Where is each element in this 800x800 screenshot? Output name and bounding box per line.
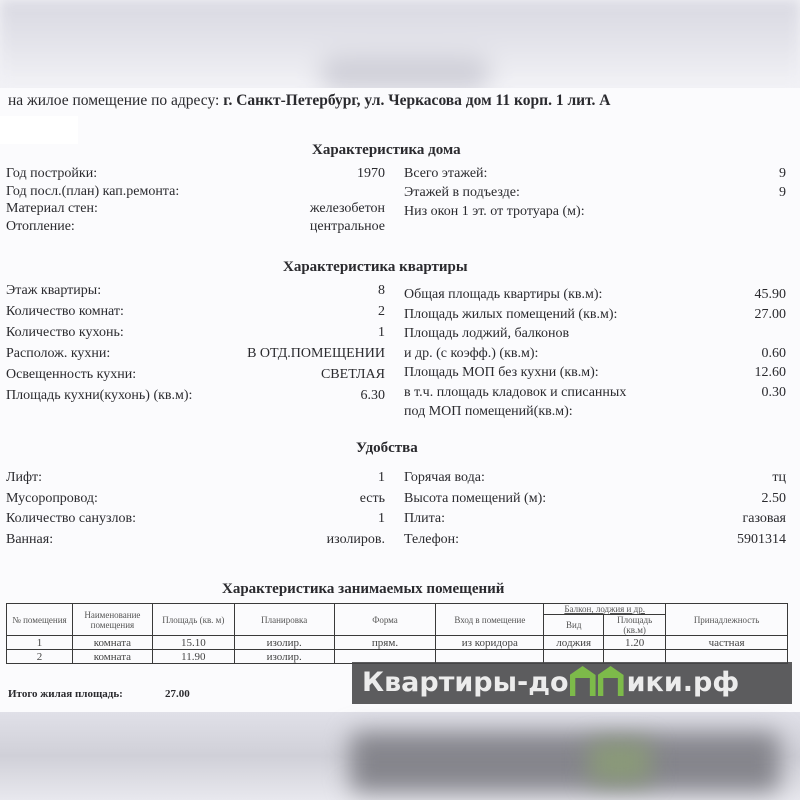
field-value: железобетон — [310, 201, 385, 217]
header-entrance: Вход в помещение — [436, 604, 544, 636]
header-num: № помещения — [7, 604, 73, 636]
field-label: Мусоропровод: — [6, 491, 98, 507]
field-value: 9 — [779, 166, 786, 182]
field-label: Высота помещений (м): — [404, 491, 546, 507]
field-label: Год постройки: — [6, 166, 97, 182]
field-value: 1 — [378, 511, 385, 527]
header-layout: Планировка — [234, 604, 334, 636]
field-label: Площадь кухни(кухонь) (кв.м): — [6, 388, 192, 404]
field-label: Всего этажей: — [404, 166, 487, 182]
cell-entrance: из коридора — [436, 636, 544, 650]
header-balcony-type: Вид — [544, 615, 604, 636]
section-title-house: Характеристика дома — [312, 142, 461, 159]
watermark-text-start: Квартиры-до — [362, 667, 569, 698]
header-area: Площадь (кв. м) — [152, 604, 234, 636]
field-label: Площадь жилых помещений (кв.м): — [404, 307, 617, 323]
field-value: 1970 — [357, 166, 385, 182]
field-value: 0.60 — [762, 346, 787, 362]
field-label: Отопление: — [6, 219, 75, 235]
field-value: 45.90 — [755, 287, 787, 303]
cell-num: 1 — [7, 636, 73, 650]
field-value: 5901314 — [737, 532, 786, 548]
field-label: Год посл.(план) кап.ремонта: — [6, 184, 179, 200]
cell-shape: прям. — [334, 636, 436, 650]
watermark-text-end: ики.рф — [627, 667, 740, 698]
header-shape: Форма — [334, 604, 436, 636]
field-label: Площадь МОП без кухни (кв.м): — [404, 365, 599, 381]
field-value: 6.30 — [361, 388, 386, 404]
field-value: 9 — [779, 185, 786, 201]
field-value: 2 — [378, 304, 385, 320]
cell-name: комната — [72, 650, 152, 664]
watermark-banner: Квартиры-доики.рф — [352, 662, 792, 704]
blurred-top-area — [0, 0, 800, 88]
field-label: Количество кухонь: — [6, 325, 124, 341]
field-label: Освещенность кухни: — [6, 367, 136, 383]
field-label: Располож. кухни: — [6, 346, 110, 362]
cell-area: 11.90 — [152, 650, 234, 664]
header-name: Наименование помещения — [72, 604, 152, 636]
field-label: Ванная: — [6, 532, 53, 548]
cell-name: комната — [72, 636, 152, 650]
field-value: центральное — [310, 219, 385, 235]
field-value: В ОТД.ПОМЕЩЕНИИ — [247, 346, 385, 362]
cell-num: 2 — [7, 650, 73, 664]
field-value: 12.60 — [755, 365, 787, 381]
field-value: 1 — [378, 325, 385, 341]
total-label: Итого жилая площадь: — [8, 688, 123, 700]
rooms-table: № помещения Наименование помещения Площа… — [6, 603, 788, 664]
cell-balcony-type: лоджия — [544, 636, 604, 650]
header-balcony-area: Площадь (кв.м) — [604, 615, 666, 636]
field-value: 2.50 — [762, 491, 787, 507]
redaction-box — [0, 116, 78, 144]
field-label: Площадь лоджий, балконов — [404, 326, 569, 342]
cell-layout: изолир. — [234, 650, 334, 664]
address-line: на жилое помещение по адресу: г. Санкт-П… — [8, 92, 610, 110]
blurred-bottom-area — [0, 712, 800, 800]
field-label: Материал стен: — [6, 201, 98, 217]
cell-area: 15.10 — [152, 636, 234, 650]
house-logo-icon — [570, 662, 626, 696]
field-label: Телефон: — [404, 532, 459, 548]
field-value: тц — [772, 470, 786, 486]
header-ownership: Принадлежность — [666, 604, 788, 636]
field-value: СВЕТЛАЯ — [321, 367, 385, 383]
field-label: Лифт: — [6, 470, 42, 486]
cell-ownership: частная — [666, 636, 788, 650]
field-value: 8 — [378, 283, 385, 299]
field-label: Количество комнат: — [6, 304, 124, 320]
field-value: есть — [360, 491, 385, 507]
header-balcony-group: Балкон, лоджия и др. — [544, 604, 666, 615]
field-label: Низ окон 1 эт. от тротуара (м): — [404, 204, 585, 220]
field-label: Общая площадь квартиры (кв.м): — [404, 287, 602, 303]
field-label: Этаж квартиры: — [6, 283, 101, 299]
field-value: изолиров. — [327, 532, 385, 548]
field-label: Плита: — [404, 511, 445, 527]
section-title-apartment: Характеристика квартиры — [283, 259, 468, 276]
field-value: газовая — [743, 511, 786, 527]
field-label: в т.ч. площадь кладовок и списанных — [404, 385, 626, 401]
section-title-amenities: Удобства — [356, 440, 418, 457]
section-title-rooms: Характеристика занимаемых помещений — [222, 581, 504, 598]
address-prefix: на жилое помещение по адресу: — [8, 92, 219, 109]
total-value: 27.00 — [165, 688, 190, 700]
cell-layout: изолир. — [234, 636, 334, 650]
cell-balcony-area: 1.20 — [604, 636, 666, 650]
field-value: 27.00 — [755, 307, 787, 323]
address-value: г. Санкт-Петербург, ул. Черкасова дом 11… — [223, 92, 610, 109]
field-label: под МОП помещений(кв.м): — [404, 404, 573, 420]
field-value: 1 — [378, 470, 385, 486]
field-label: Горячая вода: — [404, 470, 485, 486]
table-row: 1комната15.10изолир.прям.из коридоралодж… — [7, 636, 788, 650]
field-label: Количество санузлов: — [6, 511, 136, 527]
field-label: и др. (с коэфф.) (кв.м): — [404, 346, 538, 362]
field-label: Этажей в подъезде: — [404, 185, 520, 201]
field-value: 0.30 — [762, 385, 787, 401]
